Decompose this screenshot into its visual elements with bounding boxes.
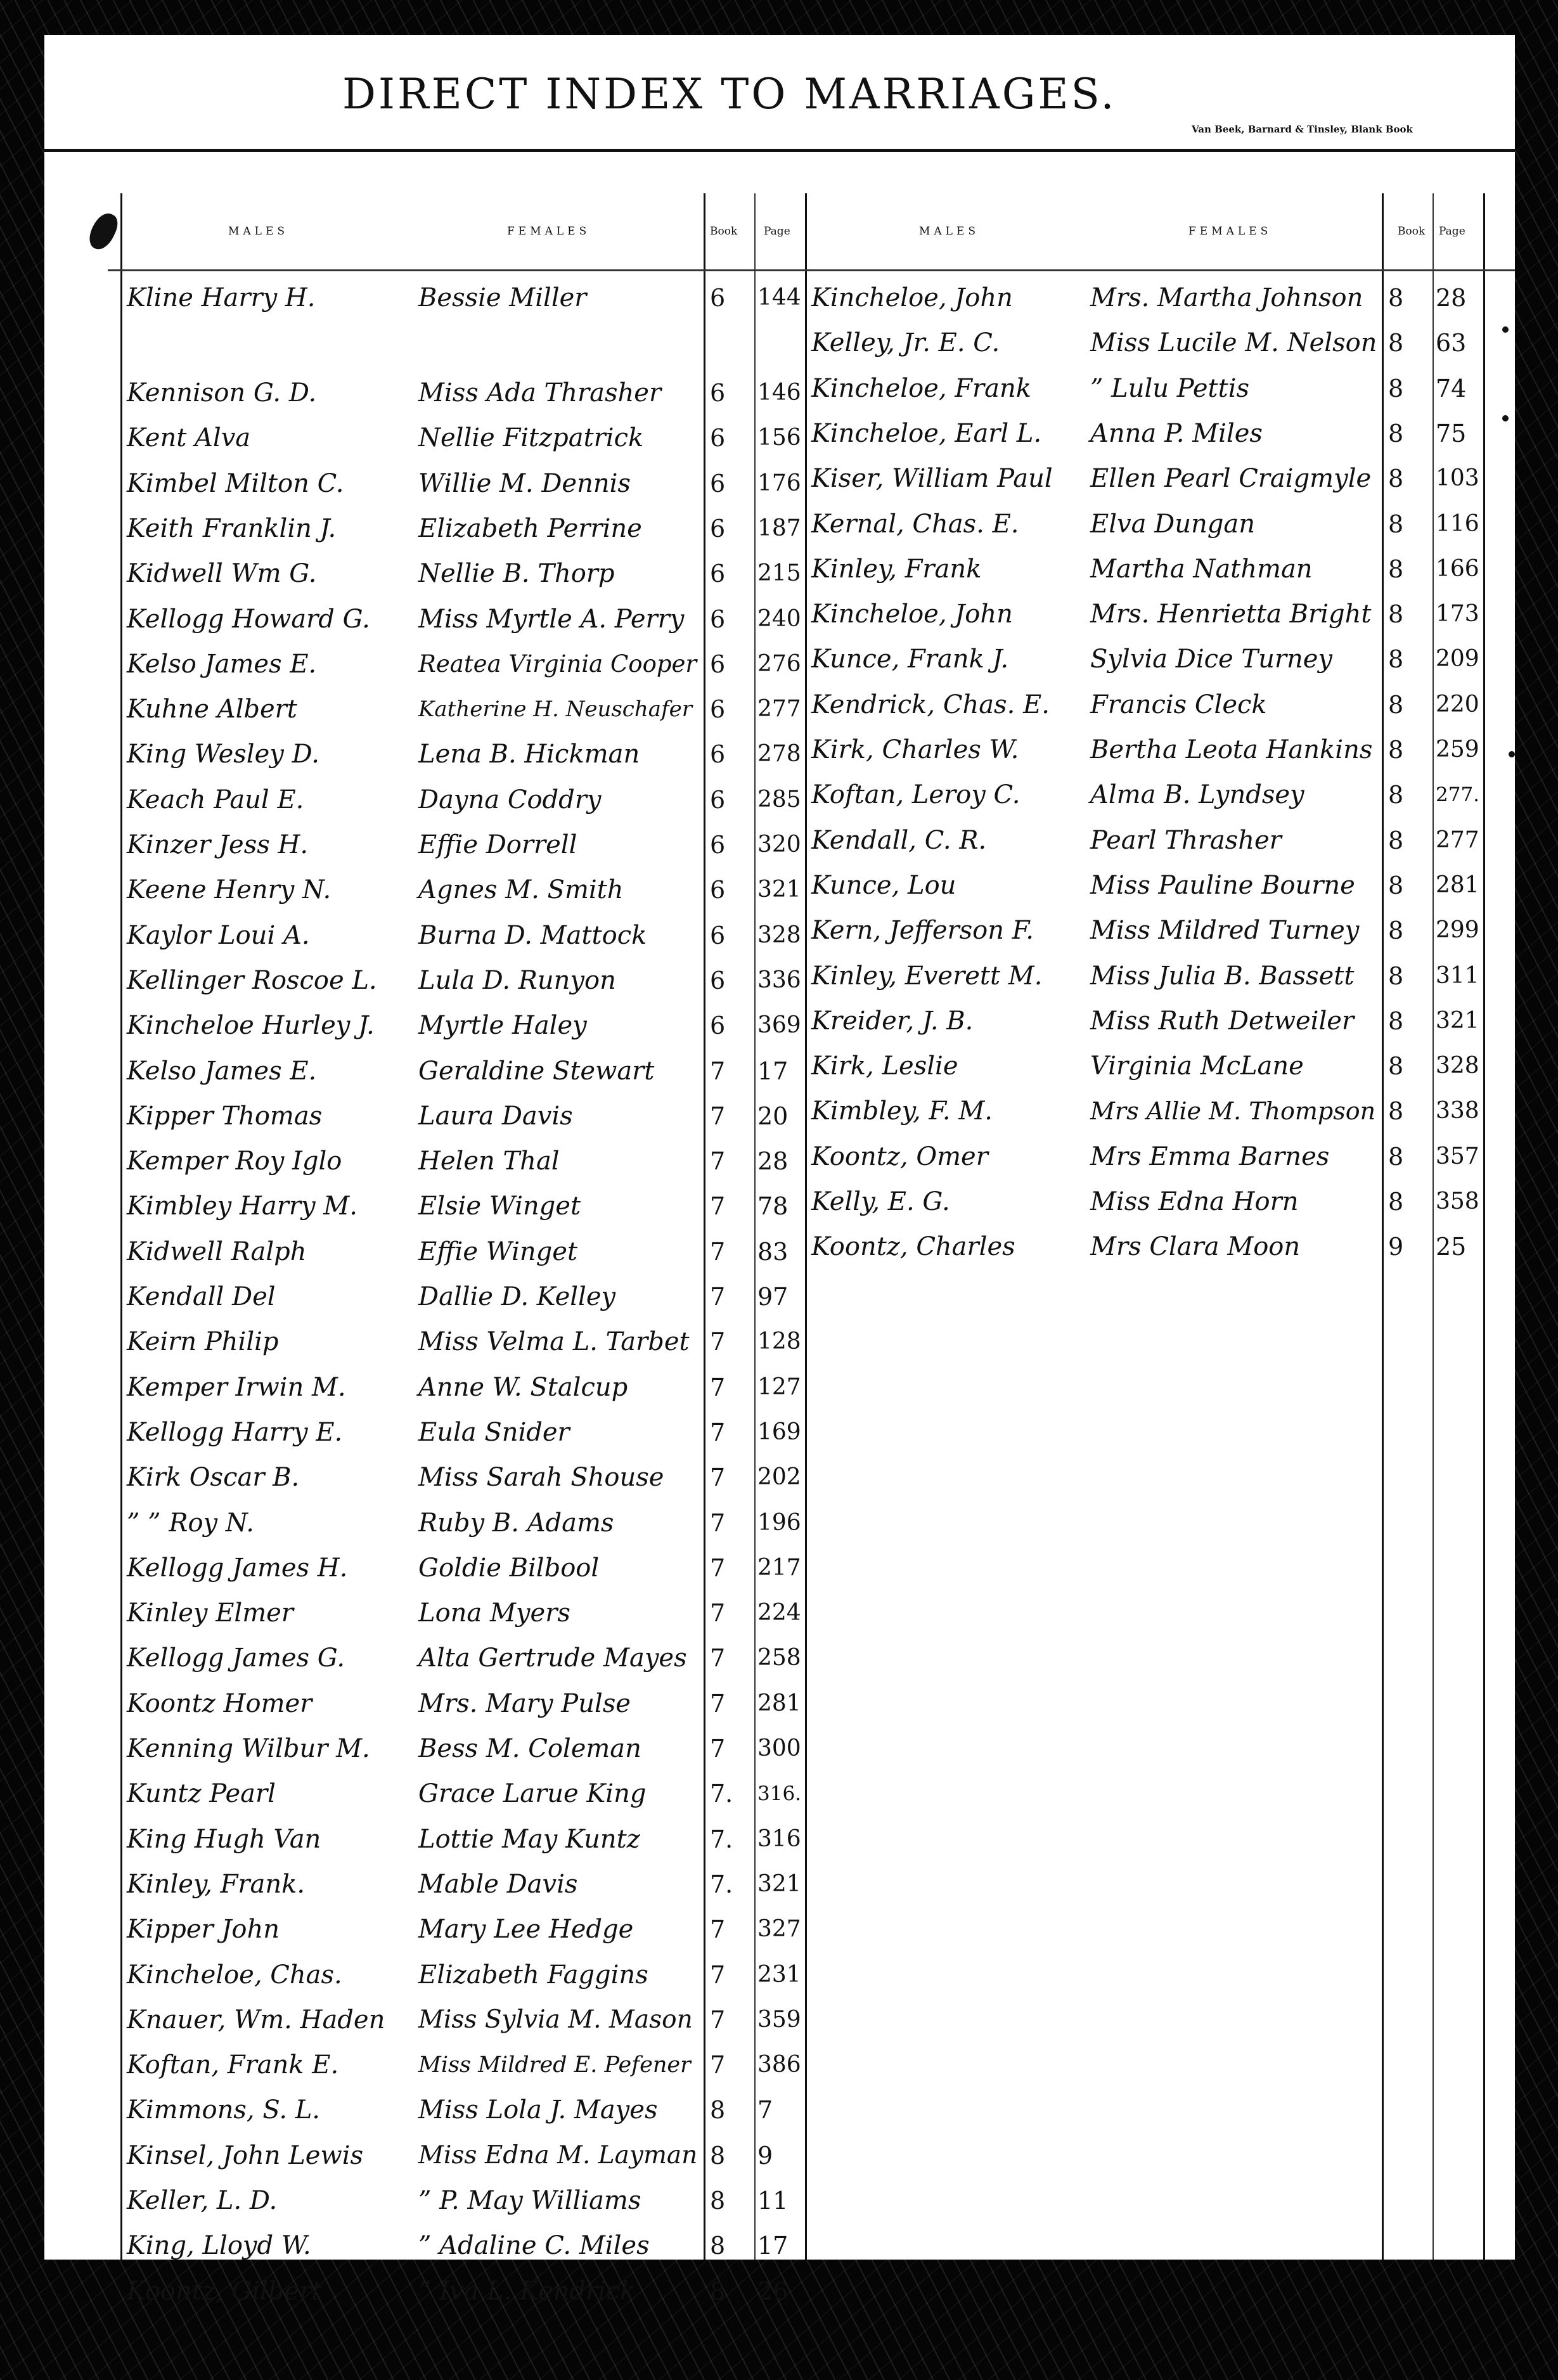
book-number: 7 bbox=[710, 1546, 725, 1590]
page-number: 278 bbox=[757, 732, 801, 776]
book-number: 8 bbox=[1388, 1180, 1403, 1224]
book-number: 6 bbox=[710, 823, 725, 867]
book-number: 8 bbox=[1388, 547, 1403, 591]
male-name: Kuntz Pearl bbox=[127, 1772, 276, 1816]
book-number: 7 bbox=[710, 1591, 725, 1635]
male-name: Kelso James E. bbox=[127, 642, 316, 686]
male-name: Kline Harry H. bbox=[127, 276, 316, 320]
male-name: Kinsel, John Lewis bbox=[127, 2133, 363, 2178]
page-number: 240 bbox=[757, 597, 801, 641]
female-name: Anne W. Stalcup bbox=[418, 1365, 628, 1410]
female-name: Goldie Bilbool bbox=[418, 1546, 599, 1590]
male-name: Kelley, Jr. E. C. bbox=[811, 321, 1000, 365]
female-name: Francis Cleck bbox=[1090, 683, 1267, 727]
book-number: 8 bbox=[1388, 863, 1403, 908]
male-name: Kennison G. D. bbox=[127, 371, 316, 415]
page-number: 277 bbox=[757, 687, 801, 731]
page-number: 359 bbox=[757, 1998, 801, 2042]
right-book-divider bbox=[1382, 193, 1384, 2260]
book-number: 7 bbox=[710, 1953, 725, 1997]
book-number: 8 bbox=[710, 2088, 725, 2132]
header-rule bbox=[44, 149, 1515, 152]
female-name: Elsie Winget bbox=[418, 1184, 581, 1228]
male-name: King Hugh Van bbox=[127, 1817, 321, 1862]
female-name: Alma B. Lyndsey bbox=[1090, 773, 1304, 817]
book-number: 8 bbox=[1388, 366, 1403, 411]
male-name: Kincheloe, John bbox=[811, 592, 1013, 636]
right-page-divider bbox=[1432, 193, 1434, 2260]
book-number: 7 bbox=[710, 2043, 725, 2087]
female-name: Reatea Virginia Cooper bbox=[418, 642, 697, 686]
margin-mark bbox=[1509, 751, 1515, 757]
male-name: Knauer, Wm. Haden bbox=[127, 1998, 385, 2042]
male-name: Kinley, Frank bbox=[811, 547, 981, 591]
page-number: 176 bbox=[757, 461, 801, 506]
page-number: 369 bbox=[757, 1003, 801, 1048]
male-name: Kincheloe, Frank bbox=[811, 366, 1031, 411]
book-number: 9 bbox=[1388, 1225, 1403, 1269]
male-name: Kimbley Harry M. bbox=[127, 1184, 357, 1228]
page-number: 316 bbox=[757, 1817, 801, 1862]
page-number: 281 bbox=[1436, 863, 1479, 908]
female-name: ” P. May Williams bbox=[418, 2178, 641, 2223]
page-number: 316. bbox=[757, 1772, 801, 1816]
book-number: 6 bbox=[710, 371, 725, 415]
female-name: Ruby B. Adams bbox=[418, 1501, 614, 1545]
page-number: 74 bbox=[1436, 366, 1466, 411]
book-number: 7 bbox=[710, 1184, 725, 1228]
book-number: 8 bbox=[1388, 728, 1403, 772]
book-number: 6 bbox=[710, 687, 725, 731]
female-name: Myrtle Haley bbox=[418, 1003, 587, 1048]
book-number: 7 bbox=[710, 1682, 725, 1726]
female-name: Ellen Pearl Craigmyle bbox=[1090, 456, 1371, 501]
page-number: 173 bbox=[1436, 592, 1479, 636]
page-number: 187 bbox=[757, 506, 801, 551]
female-name: Lena B. Hickman bbox=[418, 732, 640, 776]
left-males-header: MALES bbox=[228, 225, 288, 238]
book-number: 7 bbox=[710, 1275, 725, 1319]
page-number: 328 bbox=[1436, 1044, 1479, 1088]
left-page-header: Page bbox=[764, 225, 790, 238]
female-name: Miss Ada Thrasher bbox=[418, 371, 661, 415]
male-name: Kernal, Chas. E. bbox=[811, 502, 1019, 546]
right-females-header: FEMALES bbox=[1188, 225, 1272, 238]
female-name: Mable Davis bbox=[418, 1862, 577, 1907]
page-number: 277. bbox=[1436, 773, 1479, 817]
book-number: 8 bbox=[1388, 683, 1403, 727]
book-number: 7 bbox=[710, 1230, 725, 1274]
male-name: Kinley Elmer bbox=[127, 1591, 293, 1635]
female-name: Katherine H. Neuschafer bbox=[418, 687, 692, 731]
book-number: 6 bbox=[710, 597, 725, 641]
male-name: Koontz, Omer bbox=[811, 1135, 988, 1179]
male-name: Keach Paul E. bbox=[127, 778, 304, 822]
female-name: Dayna Coddry bbox=[418, 778, 601, 822]
female-name: Bess M. Coleman bbox=[418, 1727, 641, 1771]
ink-blot-mark bbox=[85, 209, 122, 254]
page-number: 231 bbox=[757, 1953, 801, 1997]
male-name: Kipper Thomas bbox=[127, 1094, 322, 1138]
male-name: Kirk, Charles W. bbox=[811, 728, 1019, 772]
page-number: 169 bbox=[757, 1410, 801, 1455]
left-females-header: FEMALES bbox=[507, 225, 590, 238]
book-number: 6 bbox=[710, 506, 725, 551]
page-number: 156 bbox=[757, 416, 801, 460]
page-number: 97 bbox=[757, 1275, 788, 1319]
page-number: 202 bbox=[757, 1455, 801, 1500]
female-name: Miss Edna M. Layman bbox=[418, 2133, 697, 2178]
right-page-header: Page bbox=[1439, 225, 1465, 238]
book-number: 6 bbox=[710, 868, 725, 912]
left-book-header: Book bbox=[710, 225, 737, 238]
page-number: 9 bbox=[757, 2133, 773, 2178]
male-name: Kidwell Wm G. bbox=[127, 551, 317, 596]
female-name: Eula Snider bbox=[418, 1410, 570, 1455]
page-number: 357 bbox=[1436, 1135, 1479, 1179]
female-name: Laura Davis bbox=[418, 1094, 573, 1138]
female-name: Mrs. Mary Pulse bbox=[418, 1682, 631, 1726]
page-number: 166 bbox=[1436, 547, 1479, 591]
book-number: 8 bbox=[1388, 321, 1403, 365]
male-name: Kendrick, Chas. E. bbox=[811, 683, 1050, 727]
male-name: Kinley, Frank. bbox=[127, 1862, 305, 1907]
female-name: ” Iva L. Kendrick bbox=[418, 2269, 636, 2313]
book-number: 6 bbox=[710, 551, 725, 596]
male-name: Kunce, Lou bbox=[811, 863, 956, 908]
left-margin-line bbox=[120, 193, 122, 2260]
female-name: Lula D. Runyon bbox=[418, 958, 616, 1003]
page-number: 311 bbox=[1436, 954, 1479, 998]
center-divider bbox=[805, 193, 807, 2260]
book-number: 8 bbox=[1388, 276, 1403, 320]
female-name: ” Lulu Pettis bbox=[1090, 366, 1249, 411]
female-name: Miss Myrtle A. Perry bbox=[418, 597, 684, 641]
page-number: 217 bbox=[757, 1546, 801, 1590]
male-name: Kellogg Harry E. bbox=[127, 1410, 342, 1455]
book-number: 6 bbox=[710, 778, 725, 822]
page-number: 103 bbox=[1436, 456, 1479, 501]
page-number: 215 bbox=[757, 551, 801, 596]
male-name: Keith Franklin J. bbox=[127, 506, 336, 551]
book-number: 6 bbox=[710, 642, 725, 686]
female-name: Geraldine Stewart bbox=[418, 1049, 654, 1093]
female-name: Mrs. Martha Johnson bbox=[1090, 276, 1363, 320]
male-name: Kendall, C. R. bbox=[811, 818, 986, 863]
book-number: 7 bbox=[710, 1907, 725, 1952]
male-name: Kemper Irwin M. bbox=[127, 1365, 346, 1410]
book-number: 8 bbox=[710, 2133, 725, 2178]
male-name: Kincheloe, Chas. bbox=[127, 1953, 342, 1997]
book-number: 7. bbox=[710, 1862, 733, 1907]
page-number: 63 bbox=[1436, 321, 1466, 365]
page-number: 26 bbox=[757, 2269, 788, 2313]
page-number: 321 bbox=[1436, 999, 1479, 1043]
book-number: 7 bbox=[710, 1049, 725, 1093]
male-name: King, Lloyd W. bbox=[127, 2223, 311, 2268]
left-book-divider bbox=[704, 193, 705, 2260]
male-name: Kreider, J. B. bbox=[811, 999, 973, 1043]
male-name: Koontz, Charles bbox=[811, 1225, 1015, 1269]
book-number: 8 bbox=[710, 2178, 725, 2223]
book-number: 6 bbox=[710, 958, 725, 1003]
female-name: Mrs Allie M. Thompson bbox=[1090, 1089, 1375, 1133]
female-name: Mrs. Henrietta Bright bbox=[1090, 592, 1371, 636]
male-name: Kelly, E. G. bbox=[811, 1180, 950, 1224]
female-name: Burna D. Mattock bbox=[418, 913, 647, 958]
female-name: Helen Thal bbox=[418, 1139, 560, 1183]
page-number: 299 bbox=[1436, 908, 1479, 953]
male-name: Kinzer Jess H. bbox=[127, 823, 308, 867]
book-number: 7 bbox=[710, 1455, 725, 1500]
female-name: Miss Lola J. Mayes bbox=[418, 2088, 657, 2132]
male-name: Kincheloe Hurley J. bbox=[127, 1003, 375, 1048]
male-name: Kimbley, F. M. bbox=[811, 1089, 993, 1133]
page-number: 28 bbox=[1436, 276, 1466, 320]
book-number: 8 bbox=[1388, 1044, 1403, 1088]
female-name: Miss Lucile M. Nelson bbox=[1090, 321, 1377, 365]
male-name: Kern, Jefferson F. bbox=[811, 908, 1034, 953]
female-name: Miss Julia B. Bassett bbox=[1090, 954, 1354, 998]
male-name: Kunce, Frank J. bbox=[811, 637, 1008, 681]
right-males-header: MALES bbox=[919, 225, 979, 238]
page-number: 28 bbox=[757, 1139, 788, 1183]
page-number: 75 bbox=[1436, 411, 1466, 456]
page-number: 209 bbox=[1436, 637, 1479, 681]
male-name: Kellogg Howard G. bbox=[127, 597, 370, 641]
page-number: 321 bbox=[757, 1862, 801, 1907]
page-title: DIRECT INDEX TO MARRIAGES. bbox=[342, 70, 1116, 119]
page-number: 336 bbox=[757, 958, 801, 1003]
male-name: Kiser, William Paul bbox=[811, 456, 1053, 501]
page-number: 327 bbox=[757, 1907, 801, 1952]
right-book-header: Book bbox=[1398, 225, 1425, 238]
page-number: 196 bbox=[757, 1501, 801, 1545]
female-name: Elizabeth Perrine bbox=[418, 506, 642, 551]
female-name: Dallie D. Kelley bbox=[418, 1275, 615, 1319]
page-number: 78 bbox=[757, 1184, 788, 1228]
book-number: 8 bbox=[1388, 773, 1403, 817]
male-name: Kellinger Roscoe L. bbox=[127, 958, 377, 1003]
book-number: 8 bbox=[1388, 1089, 1403, 1133]
male-name: Keirn Philip bbox=[127, 1320, 279, 1364]
male-name: Kirk Oscar B. bbox=[127, 1455, 299, 1500]
male-name: Kincheloe, John bbox=[811, 276, 1013, 320]
male-name: Kimbel Milton C. bbox=[127, 461, 344, 506]
book-number: 6 bbox=[710, 416, 725, 460]
male-name: Kidwell Ralph bbox=[127, 1230, 307, 1274]
book-number: 8 bbox=[1388, 592, 1403, 636]
page-number: 321 bbox=[757, 868, 801, 912]
female-name: Anna P. Miles bbox=[1090, 411, 1263, 456]
male-name: Kipper John bbox=[127, 1907, 280, 1952]
male-name: Kirk, Leslie bbox=[811, 1044, 958, 1088]
page-number: 358 bbox=[1436, 1180, 1479, 1224]
column-header-rule bbox=[108, 269, 1515, 271]
page-number: 17 bbox=[757, 2223, 788, 2268]
book-number: 6 bbox=[710, 732, 725, 776]
publisher-imprint: Van Beek, Barnard & Tinsley, Blank Book bbox=[1192, 124, 1413, 135]
book-number: 7 bbox=[710, 1636, 725, 1680]
page-number: 83 bbox=[757, 1230, 788, 1274]
female-name: Elva Dungan bbox=[1090, 502, 1255, 546]
female-name: Grace Larue King bbox=[418, 1772, 646, 1816]
book-number: 7 bbox=[710, 1365, 725, 1410]
female-name: Lona Myers bbox=[418, 1591, 570, 1635]
page-number: 11 bbox=[757, 2178, 788, 2223]
book-number: 8 bbox=[1388, 908, 1403, 953]
female-name: Miss Ruth Detweiler bbox=[1090, 999, 1354, 1043]
male-name: Kuhne Albert bbox=[127, 687, 297, 731]
book-number: 7 bbox=[710, 1320, 725, 1364]
male-name: ” ” Roy N. bbox=[127, 1501, 254, 1545]
male-name: Koontz Homer bbox=[127, 1682, 312, 1726]
female-name: Sylvia Dice Turney bbox=[1090, 637, 1332, 681]
book-number: 6 bbox=[710, 276, 725, 320]
female-name: Pearl Thrasher bbox=[1090, 818, 1282, 863]
female-name: Effie Winget bbox=[418, 1230, 577, 1274]
book-number: 8 bbox=[1388, 456, 1403, 501]
book-number: 7 bbox=[710, 1139, 725, 1183]
female-name: Miss Mildred E. Pefener bbox=[418, 2043, 691, 2087]
book-number: 7 bbox=[710, 1727, 725, 1771]
female-name: Virginia McLane bbox=[1090, 1044, 1304, 1088]
page-number: 146 bbox=[757, 371, 801, 415]
page-number: 127 bbox=[757, 1365, 801, 1410]
male-name: Koontz, Gilbert bbox=[127, 2269, 321, 2313]
male-name: Kemper Roy Iglo bbox=[127, 1139, 342, 1183]
page-number: 128 bbox=[757, 1320, 801, 1364]
male-name: Kinley, Everett M. bbox=[811, 954, 1042, 998]
page-number: 7 bbox=[757, 2088, 773, 2132]
page-number: 338 bbox=[1436, 1089, 1479, 1133]
page-number: 320 bbox=[757, 823, 801, 867]
female-name: Mrs Clara Moon bbox=[1090, 1225, 1300, 1269]
margin-mark bbox=[1502, 415, 1509, 421]
book-number: 7 bbox=[710, 1998, 725, 2042]
page-number: 300 bbox=[757, 1727, 801, 1771]
male-name: Kellogg James G. bbox=[127, 1636, 345, 1680]
book-number: 8 bbox=[1388, 1135, 1403, 1179]
female-name: Nellie B. Thorp bbox=[418, 551, 615, 596]
page-number: 25 bbox=[1436, 1225, 1466, 1269]
book-number: 8 bbox=[1388, 502, 1403, 546]
female-name: ” Adaline C. Miles bbox=[418, 2223, 650, 2268]
female-name: Miss Mildred Turney bbox=[1090, 908, 1359, 953]
page-number: 17 bbox=[757, 1049, 788, 1093]
male-name: Kimmons, S. L. bbox=[127, 2088, 320, 2132]
female-name: Mrs Emma Barnes bbox=[1090, 1135, 1329, 1179]
book-number: 8 bbox=[710, 2269, 725, 2313]
male-name: Kellogg James H. bbox=[127, 1546, 347, 1590]
female-name: Nellie Fitzpatrick bbox=[418, 416, 643, 460]
female-name: Martha Nathman bbox=[1090, 547, 1313, 591]
ledger-page: DIRECT INDEX TO MARRIAGES. Van Beek, Bar… bbox=[44, 35, 1515, 2260]
male-name: Keene Henry N. bbox=[127, 868, 331, 912]
book-number: 6 bbox=[710, 461, 725, 506]
female-name: Miss Velma L. Tarbet bbox=[418, 1320, 690, 1364]
page-number: 258 bbox=[757, 1636, 801, 1680]
female-name: Miss Pauline Bourne bbox=[1090, 863, 1355, 908]
page-number: 116 bbox=[1436, 502, 1479, 546]
female-name: Alta Gertrude Mayes bbox=[418, 1636, 687, 1680]
female-name: Bessie Miller bbox=[418, 276, 586, 320]
female-name: Lottie May Kuntz bbox=[418, 1817, 640, 1862]
male-name: Kent Alva bbox=[127, 416, 250, 460]
book-number: 7. bbox=[710, 1772, 733, 1816]
book-number: 8 bbox=[1388, 954, 1403, 998]
book-number: 8 bbox=[1388, 818, 1403, 863]
book-number: 6 bbox=[710, 1003, 725, 1048]
female-name: Bertha Leota Hankins bbox=[1090, 728, 1372, 772]
female-name: Miss Sylvia M. Mason bbox=[418, 1998, 693, 2042]
male-name: Kelso James E. bbox=[127, 1049, 316, 1093]
margin-mark bbox=[1502, 326, 1509, 333]
male-name: Keller, L. D. bbox=[127, 2178, 277, 2223]
male-name: Kincheloe, Earl L. bbox=[811, 411, 1041, 456]
page-number: 144 bbox=[757, 276, 801, 320]
male-name: Koftan, Frank E. bbox=[127, 2043, 338, 2087]
male-name: King Wesley D. bbox=[127, 732, 319, 776]
page-number: 277 bbox=[1436, 818, 1479, 863]
book-number: 8 bbox=[1388, 999, 1403, 1043]
book-number: 8 bbox=[1388, 411, 1403, 456]
page-number: 386 bbox=[757, 2043, 801, 2087]
book-number: 6 bbox=[710, 913, 725, 958]
page-number: 276 bbox=[757, 642, 801, 686]
book-number: 7 bbox=[710, 1410, 725, 1455]
male-name: Kaylor Loui A. bbox=[127, 913, 310, 958]
book-number: 7. bbox=[710, 1817, 733, 1862]
page-number: 259 bbox=[1436, 728, 1479, 772]
female-name: Mary Lee Hedge bbox=[418, 1907, 633, 1952]
right-margin-line bbox=[1483, 193, 1485, 2260]
female-name: Elizabeth Faggins bbox=[418, 1953, 648, 1997]
male-name: Koftan, Leroy C. bbox=[811, 773, 1020, 817]
page-number: 328 bbox=[757, 913, 801, 958]
page-number: 220 bbox=[1436, 683, 1479, 727]
male-name: Kendall Del bbox=[127, 1275, 276, 1319]
page-number: 285 bbox=[757, 778, 801, 822]
female-name: Willie M. Dennis bbox=[418, 461, 631, 506]
page-number: 281 bbox=[757, 1682, 801, 1726]
page-number: 20 bbox=[757, 1094, 788, 1138]
book-number: 8 bbox=[1388, 637, 1403, 681]
page-number: 224 bbox=[757, 1591, 801, 1635]
male-name: Kenning Wilbur M. bbox=[127, 1727, 370, 1771]
female-name: Agnes M. Smith bbox=[418, 868, 624, 912]
left-page-divider bbox=[754, 193, 756, 2260]
female-name: Miss Sarah Shouse bbox=[418, 1455, 664, 1500]
book-number: 8 bbox=[710, 2223, 725, 2268]
book-number: 7 bbox=[710, 1094, 725, 1138]
female-name: Effie Dorrell bbox=[418, 823, 577, 867]
female-name: Miss Edna Horn bbox=[1090, 1180, 1299, 1224]
book-number: 7 bbox=[710, 1501, 725, 1545]
